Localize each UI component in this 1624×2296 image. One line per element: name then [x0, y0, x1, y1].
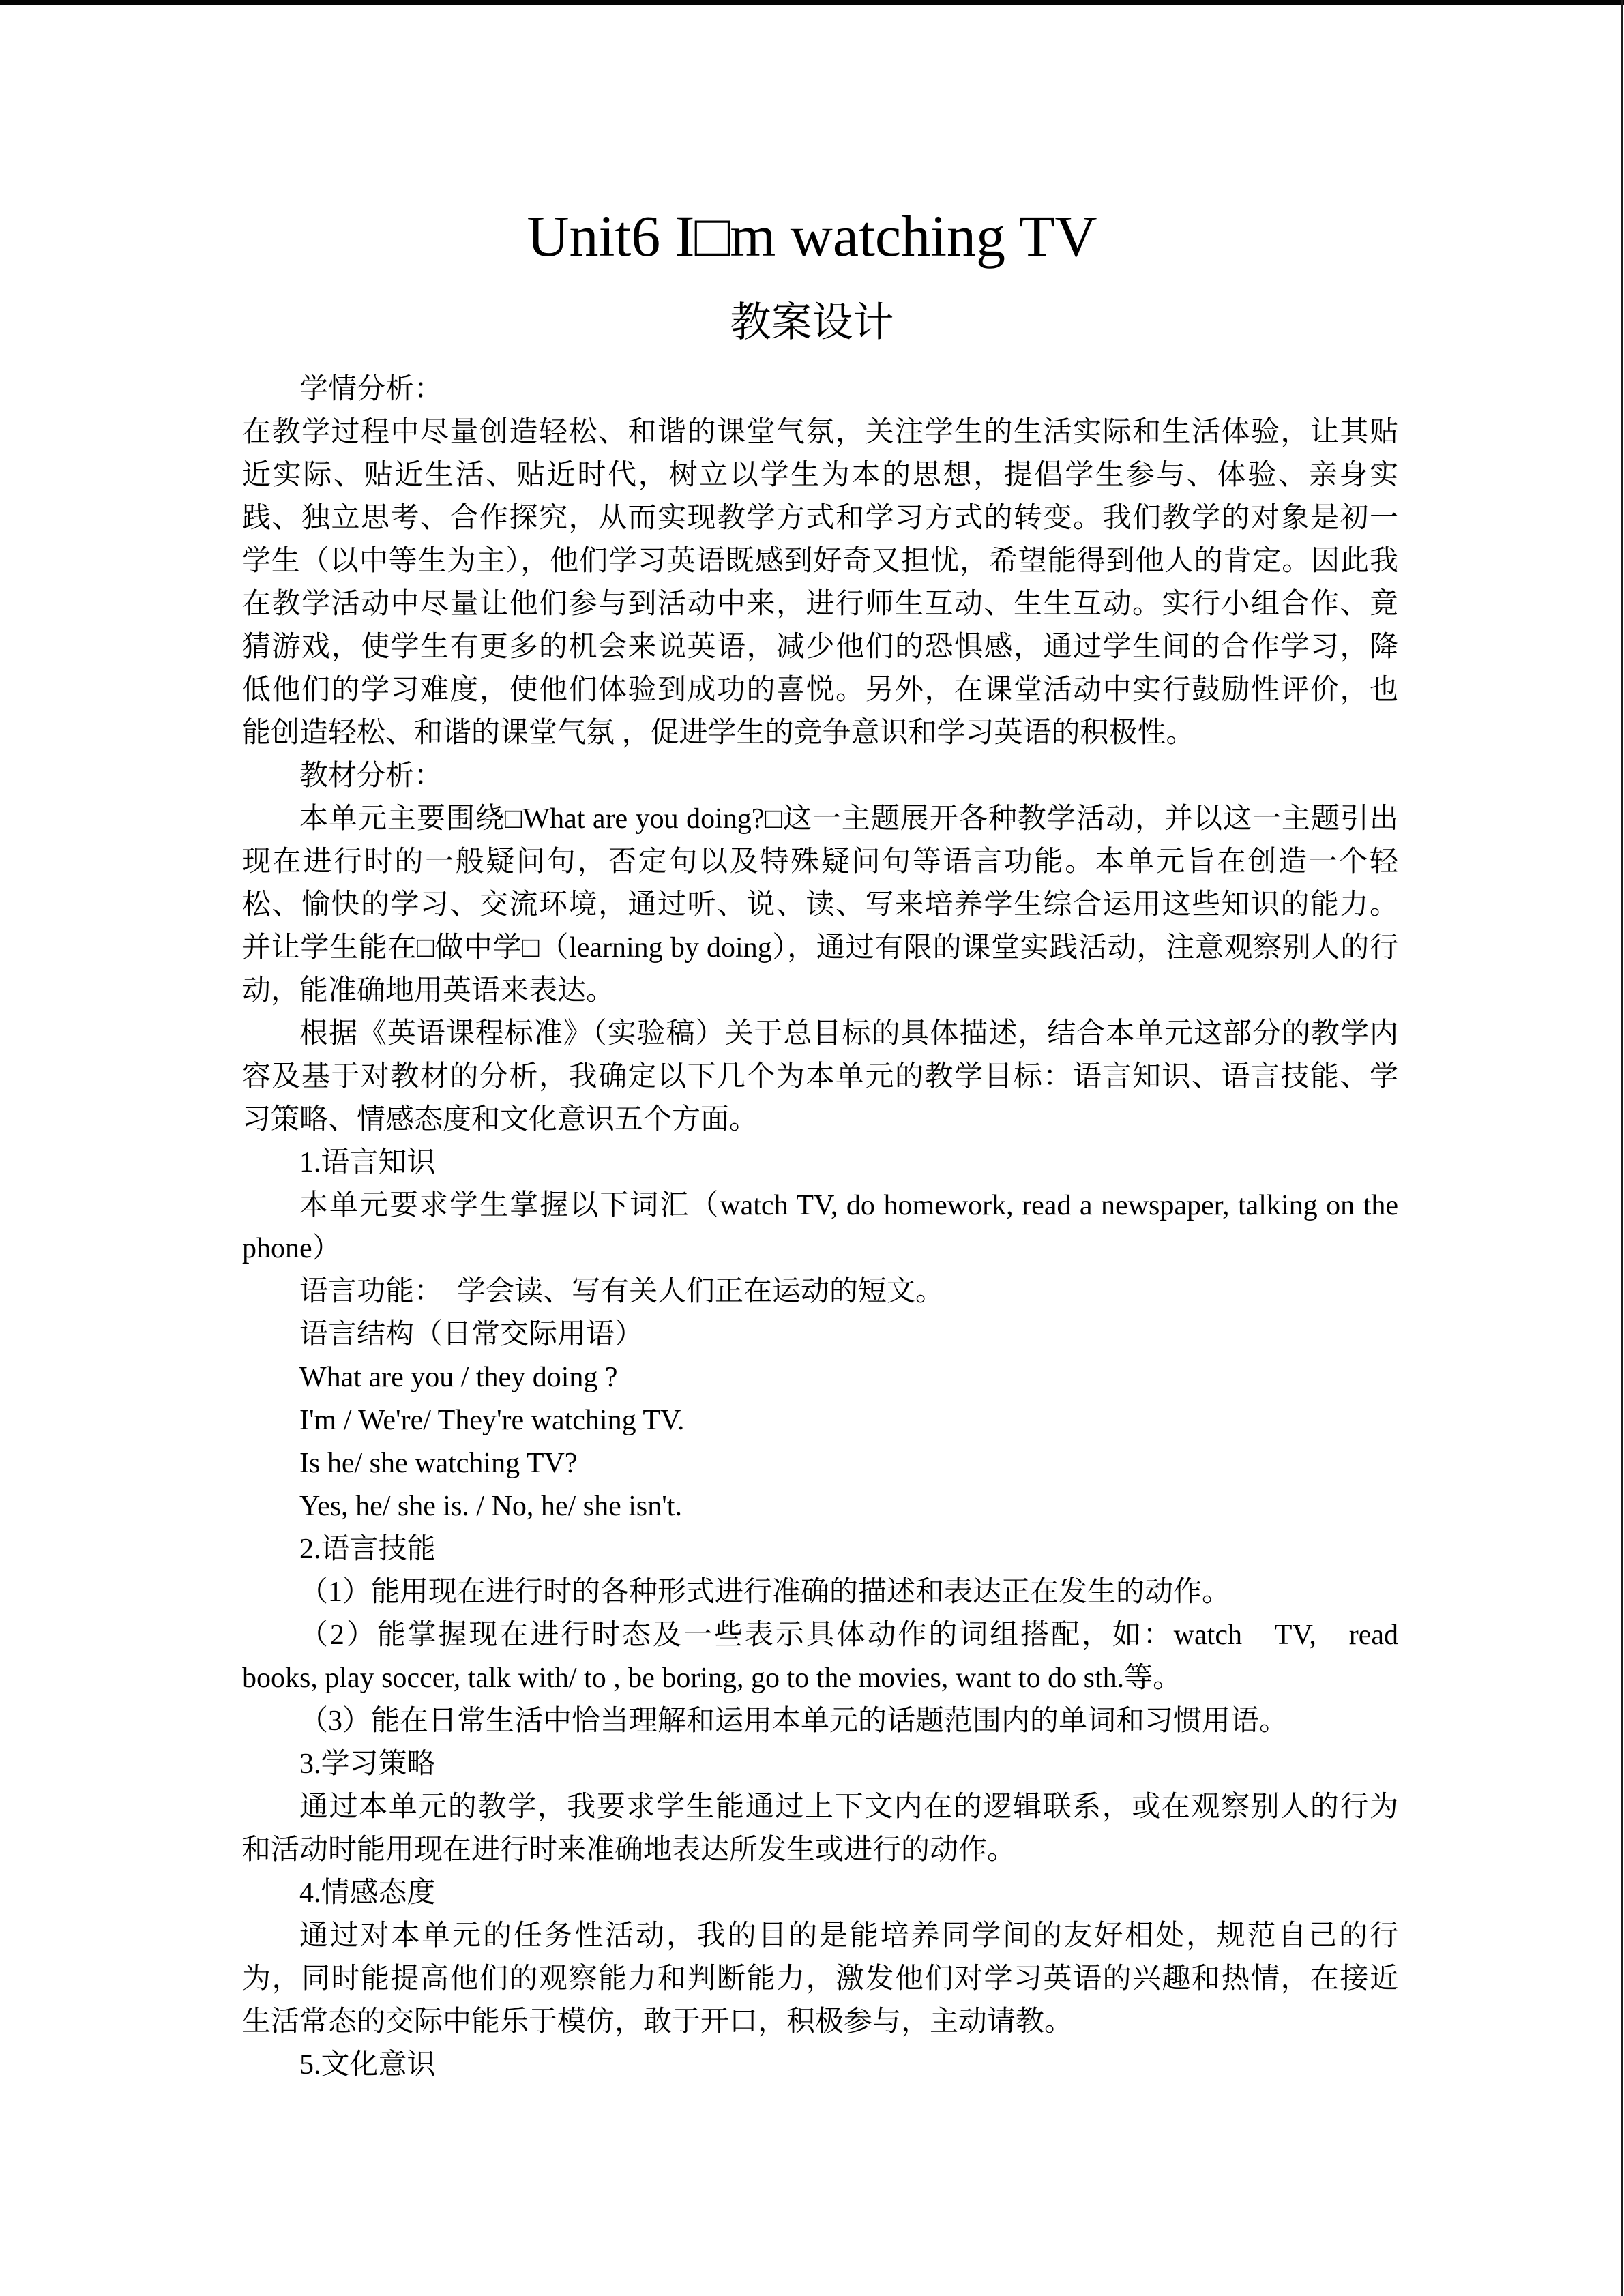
text-line: 通过对本单元的任务性活动，我的目的是能培养同学间的友好相处，规范自己的行: [242, 1915, 1398, 1958]
text-line: 现在进行时的一般疑问句，否定句以及特殊疑问句等语言功能。本单元旨在创造一个轻: [242, 841, 1398, 884]
text-line: 本单元主要围绕□What are you doing?□这一主题展开各种教学活动…: [242, 798, 1398, 841]
paragraph: 3.学习策略: [242, 1743, 1398, 1786]
text-line: 松、愉快的学习、交流环境，通过听、说、读、写来培养学生综合运用这些知识的能力。: [242, 884, 1398, 927]
paragraph: 学情分析：: [242, 368, 1398, 411]
text-line: 学生（以中等生为主），他们学习英语既感到好奇又担忧，希望能得到他人的肯定。因此我: [242, 540, 1398, 583]
text-line: 能创造轻松、和谐的课堂气氛 ，促进学生的竞争意识和学习英语的积极性。: [242, 712, 1398, 755]
text-line: books, play soccer, talk with/ to , be b…: [242, 1657, 1398, 1700]
paragraph: Is he/ she watching TV?: [242, 1442, 1398, 1485]
paragraph: （2）能掌握现在进行时态及一些表示具体动作的词组搭配，如：watch TV, r…: [242, 1614, 1398, 1700]
paragraph: 1.语言知识: [242, 1142, 1398, 1184]
text-line: 本单元要求学生掌握以下词汇（watch TV, do homework, rea…: [242, 1184, 1398, 1227]
top-border: [0, 0, 1624, 5]
paragraph: 通过对本单元的任务性活动，我的目的是能培养同学间的友好相处，规范自己的行为，同时…: [242, 1915, 1398, 2044]
document-title: Unit6 I□m watching TV: [0, 207, 1624, 265]
text-line: 根据《英语课程标准》（实验稿）关于总目标的具体描述，结合本单元这部分的教学内: [242, 1013, 1398, 1056]
paragraph: Yes, he/ she is. / No, he/ she isn't.: [242, 1485, 1398, 1528]
text-line: 5.文化意识: [242, 2044, 1398, 2087]
paragraph: （1）能用现在进行时的各种形式进行准确的描述和表达正在发生的动作。: [242, 1571, 1398, 1614]
text-line: 语言结构（日常交际用语）: [242, 1313, 1398, 1356]
document-subtitle: 教案设计: [0, 302, 1624, 343]
paragraph: 在教学过程中尽量创造轻松、和谐的课堂气氛，关注学生的生活实际和生活体验，让其贴近…: [242, 411, 1398, 755]
text-line: 猜游戏，使学生有更多的机会来说英语，减少他们的恐惧感，通过学生间的合作学习，降: [242, 626, 1398, 669]
paragraph: 教材分析：: [242, 755, 1398, 798]
text-line: 通过本单元的教学，我要求学生能通过上下文内在的逻辑联系，或在观察别人的行为: [242, 1786, 1398, 1829]
document-page: Unit6 I□m watching TV 教案设计 学情分析：在教学过程中尽量…: [0, 0, 1624, 2296]
text-line: 在教学过程中尽量创造轻松、和谐的课堂气氛，关注学生的生活实际和生活体验，让其贴: [242, 411, 1398, 454]
text-line: 3.学习策略: [242, 1743, 1398, 1786]
text-line: 2.语言技能: [242, 1528, 1398, 1571]
text-line: 1.语言知识: [242, 1142, 1398, 1184]
text-line: 生活常态的交际中能乐于模仿，敢于开口，积极参与，主动请教。: [242, 2001, 1398, 2044]
paragraph: 语言结构（日常交际用语）: [242, 1313, 1398, 1356]
text-line: 为，同时能提高他们的观察能力和判断能力，激发他们对学习英语的兴趣和热情，在接近: [242, 1958, 1398, 2001]
paragraph: What are you / they doing ?: [242, 1356, 1398, 1399]
paragraph: 本单元主要围绕□What are you doing?□这一主题展开各种教学活动…: [242, 798, 1398, 1013]
text-line: 教材分析：: [242, 755, 1398, 798]
text-line: 语言功能： 学会读、写有关人们正在运动的短文。: [242, 1270, 1398, 1313]
text-line: phone）: [242, 1227, 1398, 1270]
paragraph: （3）能在日常生活中恰当理解和运用本单元的话题范围内的单词和习惯用语。: [242, 1700, 1398, 1743]
text-line: （3）能在日常生活中恰当理解和运用本单元的话题范围内的单词和习惯用语。: [242, 1700, 1398, 1743]
text-line: 并让学生能在□做中学□（learning by doing），通过有限的课堂实践…: [242, 927, 1398, 970]
text-line: 学情分析：: [242, 368, 1398, 411]
document-body: 学情分析：在教学过程中尽量创造轻松、和谐的课堂气氛，关注学生的生活实际和生活体验…: [242, 368, 1398, 2087]
text-line: 近实际、贴近生活、贴近时代，树立以学生为本的思想，提倡学生参与、体验、亲身实: [242, 454, 1398, 497]
text-line: Is he/ she watching TV?: [242, 1442, 1398, 1485]
paragraph: 2.语言技能: [242, 1528, 1398, 1571]
text-line: 在教学活动中尽量让他们参与到活动中来，进行师生互动、生生互动。实行小组合作、竟: [242, 583, 1398, 626]
text-line: 4.情感态度: [242, 1872, 1398, 1915]
paragraph: 根据《英语课程标准》（实验稿）关于总目标的具体描述，结合本单元这部分的教学内容及…: [242, 1013, 1398, 1142]
text-line: （2）能掌握现在进行时态及一些表示具体动作的词组搭配，如：watch TV, r…: [242, 1614, 1398, 1657]
text-line: 动，能准确地用英语来表达。: [242, 970, 1398, 1013]
text-line: （1）能用现在进行时的各种形式进行准确的描述和表达正在发生的动作。: [242, 1571, 1398, 1614]
paragraph: 语言功能： 学会读、写有关人们正在运动的短文。: [242, 1270, 1398, 1313]
paragraph: 本单元要求学生掌握以下词汇（watch TV, do homework, rea…: [242, 1184, 1398, 1270]
text-line: I'm / We're/ They're watching TV.: [242, 1399, 1398, 1442]
paragraph: 5.文化意识: [242, 2044, 1398, 2087]
text-line: 低他们的学习难度，使他们体验到成功的喜悦。另外，在课堂活动中实行鼓励性评价，也: [242, 669, 1398, 712]
text-line: 容及基于对教材的分析，我确定以下几个为本单元的教学目标：语言知识、语言技能、学: [242, 1056, 1398, 1099]
paragraph: 4.情感态度: [242, 1872, 1398, 1915]
text-line: Yes, he/ she is. / No, he/ she isn't.: [242, 1485, 1398, 1528]
paragraph: I'm / We're/ They're watching TV.: [242, 1399, 1398, 1442]
right-border: [1621, 0, 1623, 2296]
text-line: What are you / they doing ?: [242, 1356, 1398, 1399]
text-line: 习策略、情感态度和文化意识五个方面。: [242, 1099, 1398, 1142]
paragraph: 通过本单元的教学，我要求学生能通过上下文内在的逻辑联系，或在观察别人的行为和活动…: [242, 1786, 1398, 1872]
text-line: 践、独立思考、合作探究，从而实现教学方式和学习方式的转变。我们教学的对象是初一: [242, 497, 1398, 540]
text-line: 和活动时能用现在进行时来准确地表达所发生或进行的动作。: [242, 1829, 1398, 1872]
